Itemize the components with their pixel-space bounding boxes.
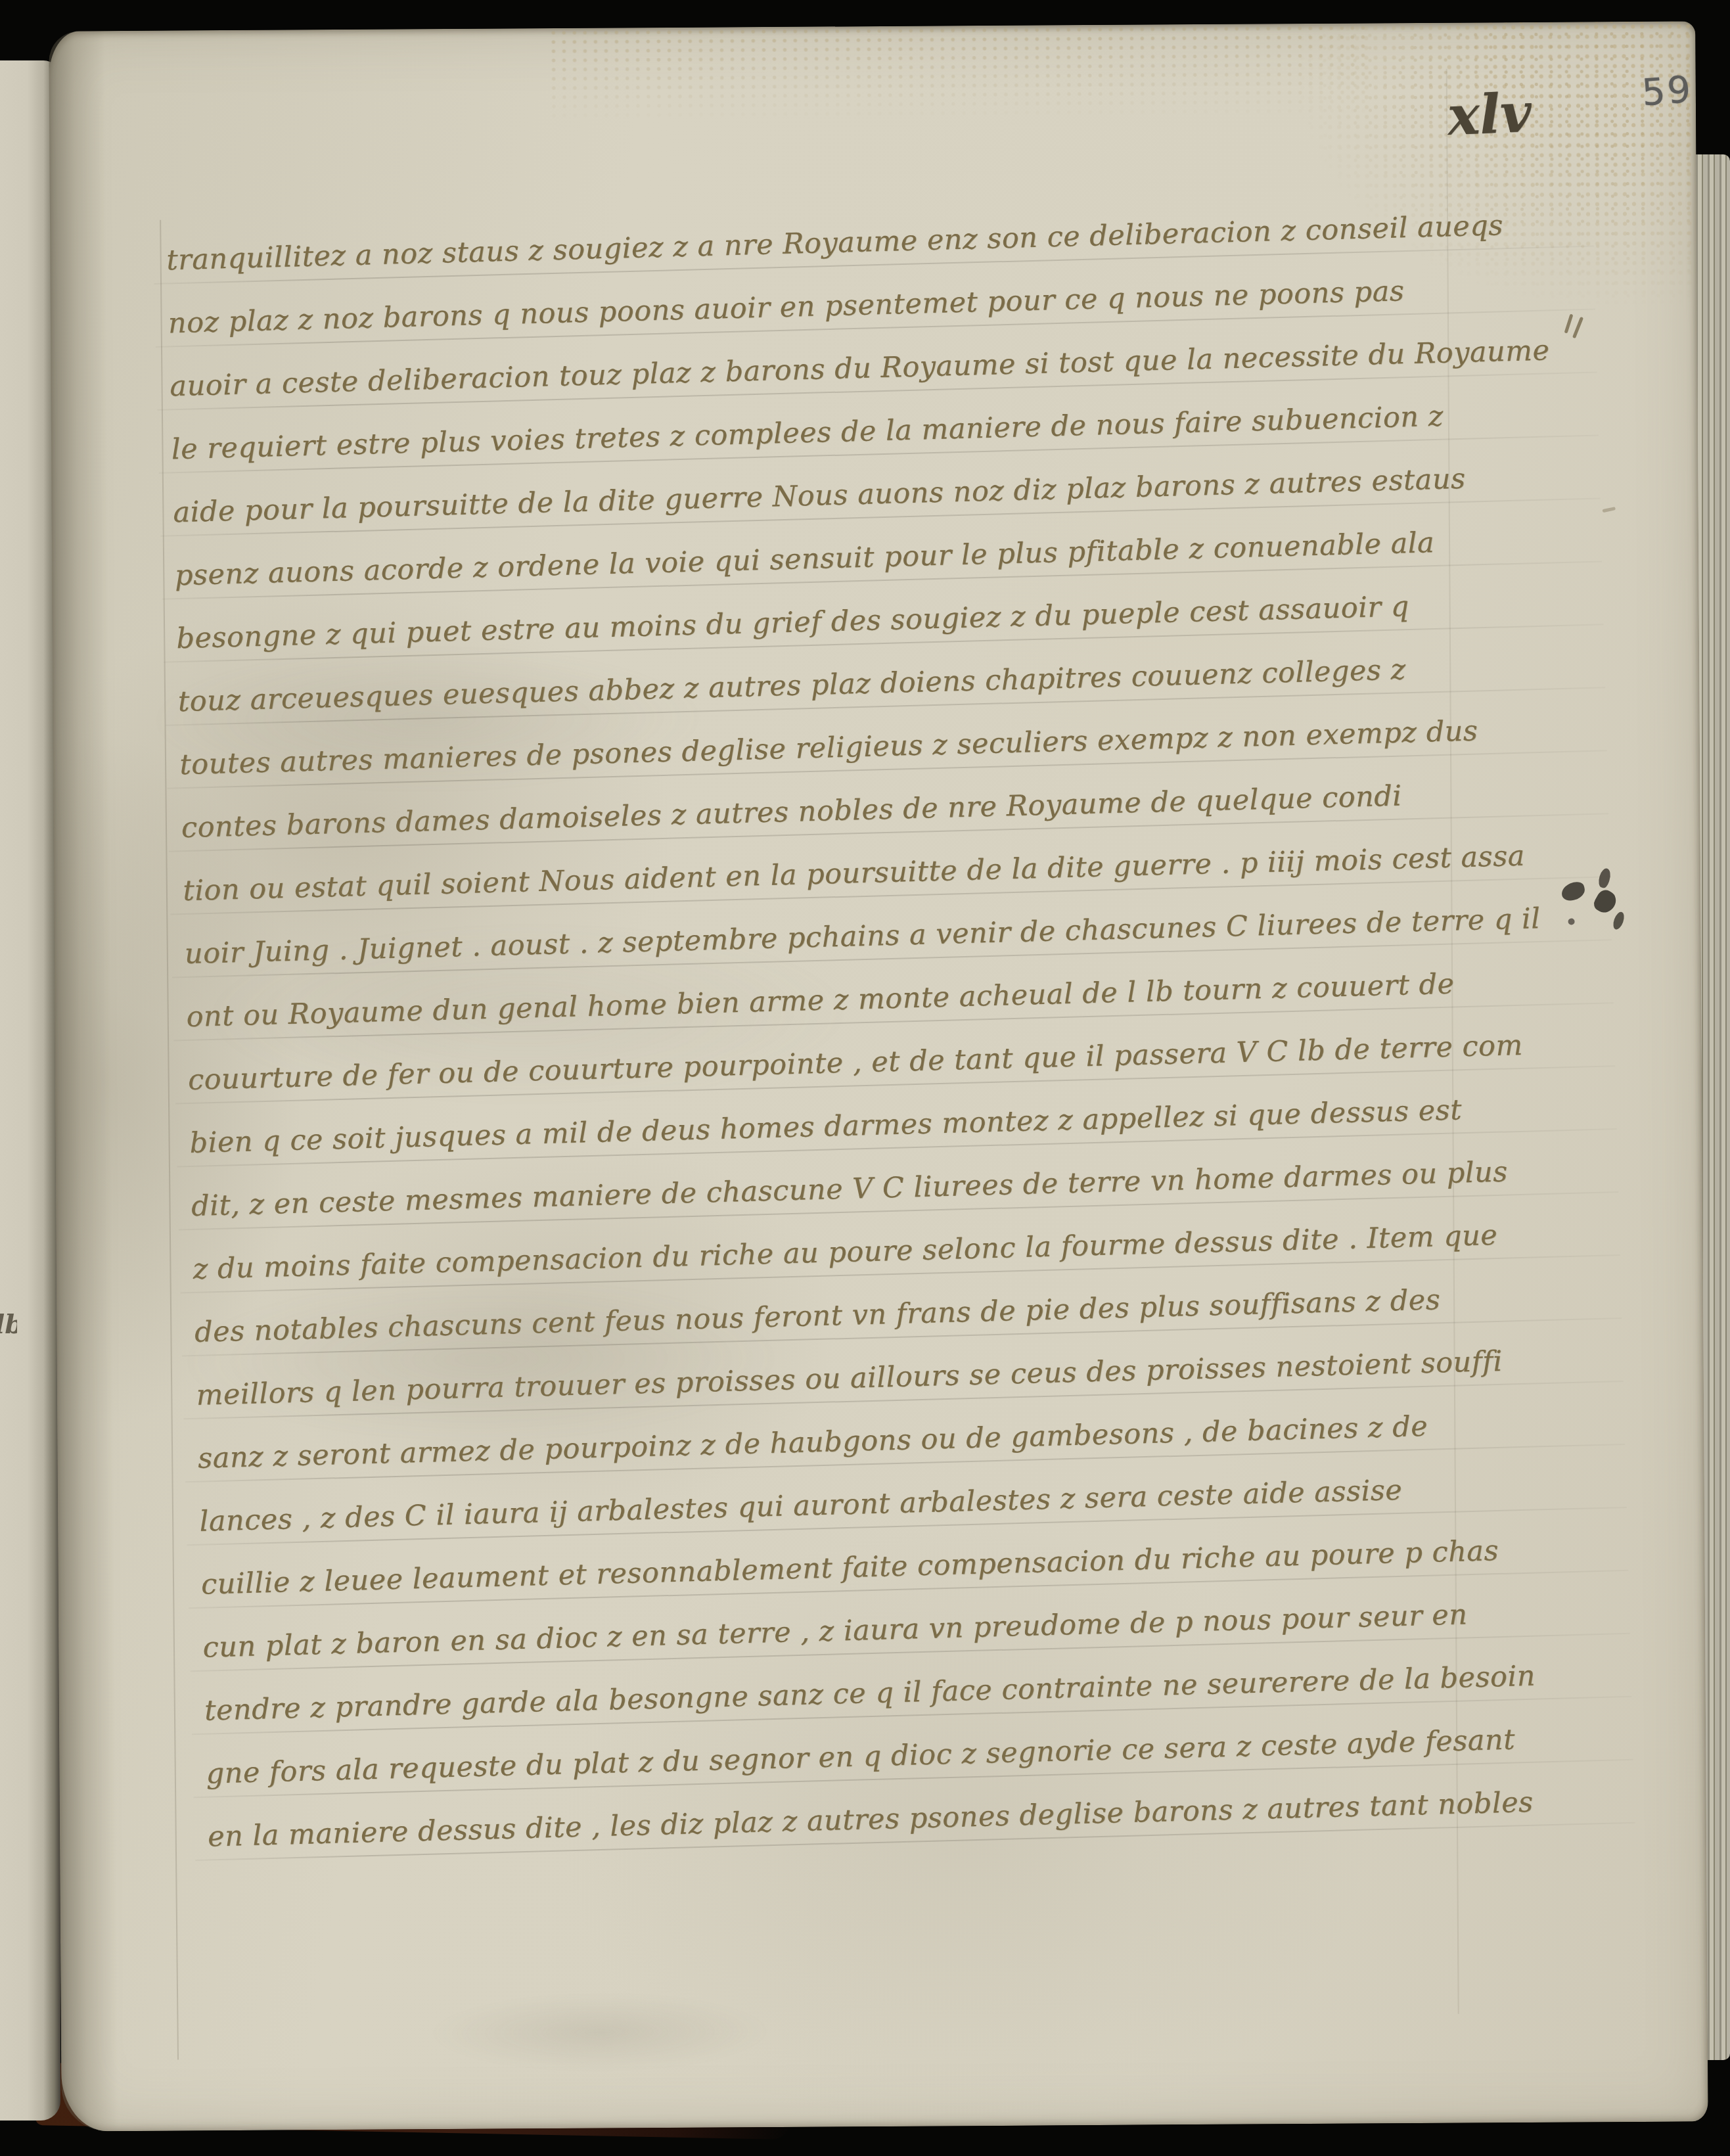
ink-blot: [1597, 867, 1612, 889]
margin-faint-mark: [1602, 507, 1616, 513]
parchment-speckle-top: [548, 23, 1370, 127]
roman-folio-number: xlv: [1446, 81, 1533, 148]
manuscript-photo: { "page": { "pencil_folio_number": "59",…: [0, 0, 1730, 2156]
left-margin-ink-fragment: lb: [0, 1309, 17, 1338]
manuscript-text-block: tranquillitez a noz staus z sougiez z a …: [160, 193, 1609, 1869]
gutter-shadow: [49, 31, 118, 2131]
bottom-ghost-smudge: [429, 1992, 771, 2073]
ink-blot: [1591, 887, 1620, 916]
parchment-page: 59 xlv tranquillitez a noz staus z sougi…: [49, 21, 1708, 2131]
margin-pen-trial-mark: [1567, 313, 1593, 342]
ink-blot: [1611, 911, 1626, 931]
ink-blot: [1568, 919, 1575, 925]
pencil-folio-number: 59: [1641, 68, 1695, 115]
ink-blot: [1560, 880, 1587, 903]
pen-stroke: [1572, 317, 1583, 338]
right-margin-ink-blots: [1559, 868, 1645, 948]
